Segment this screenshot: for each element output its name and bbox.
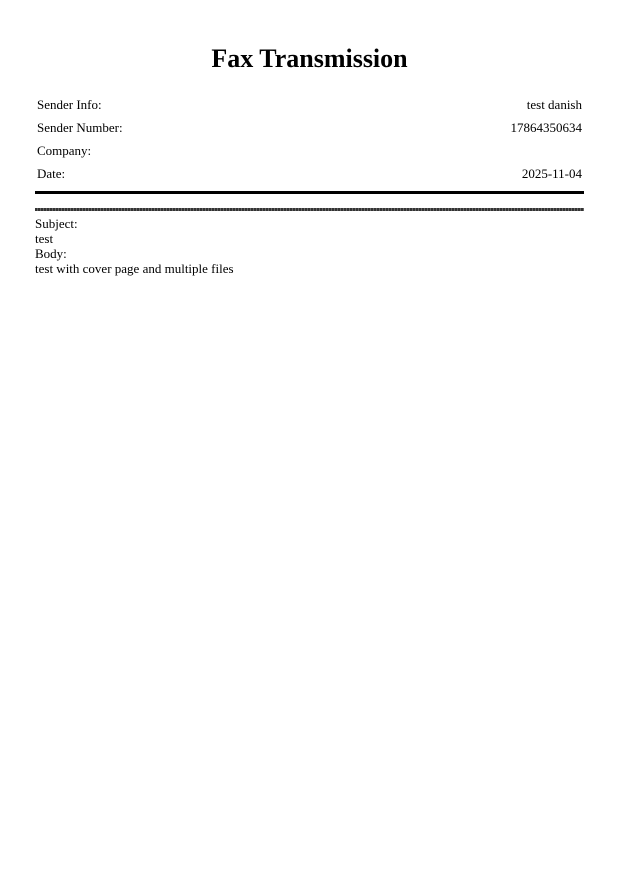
subject-text: test (35, 231, 234, 246)
header-divider (35, 191, 584, 194)
sender-info-label: Sender Info: (37, 96, 102, 114)
sender-number-label: Sender Number: (37, 119, 123, 137)
sender-number-value: 17864350634 (511, 119, 583, 137)
section-divider (35, 208, 584, 211)
date-row: Date: 2025-11-04 (37, 165, 582, 183)
sender-number-row: Sender Number: 17864350634 (37, 119, 582, 137)
subject-label: Subject: (35, 216, 234, 231)
body-text: test with cover page and multiple files (35, 261, 234, 276)
sender-info-value: test danish (527, 96, 582, 114)
body-label: Body: (35, 246, 234, 261)
company-label: Company: (37, 142, 91, 160)
date-value: 2025-11-04 (522, 165, 582, 183)
sender-info-row: Sender Info: test danish (37, 96, 582, 114)
company-row: Company: (37, 142, 582, 160)
date-label: Date: (37, 165, 65, 183)
document-title: Fax Transmission (0, 42, 619, 76)
message-block: Subject: test Body: test with cover page… (35, 216, 234, 276)
